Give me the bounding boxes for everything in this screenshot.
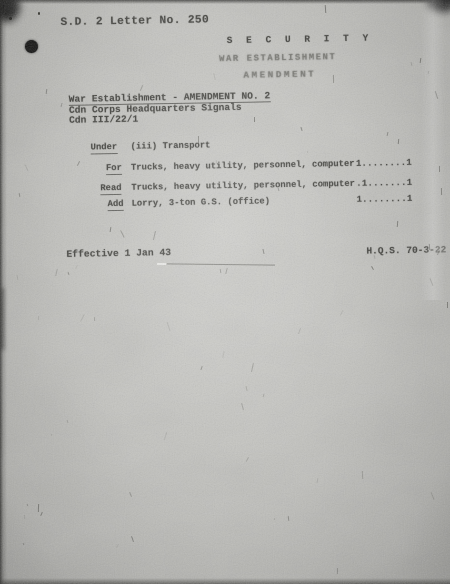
scratch-mark — [288, 516, 290, 521]
scratch-mark — [262, 249, 264, 254]
scratch-mark — [25, 164, 29, 171]
scratch-mark — [362, 471, 363, 479]
scratch-mark — [24, 515, 25, 519]
scratch-mark — [262, 394, 264, 397]
scratch-mark — [198, 136, 199, 144]
scratch-marks-layer — [0, 0, 450, 584]
scratch-mark — [316, 478, 318, 483]
scratch-mark — [387, 132, 389, 136]
scratch-mark — [38, 504, 39, 512]
scratch-mark — [274, 518, 275, 521]
scratch-mark — [278, 188, 280, 191]
scratch-mark — [371, 266, 374, 270]
scratch-mark — [68, 272, 70, 275]
scratch-mark — [431, 492, 435, 499]
scan-edge-top — [0, 0, 450, 4]
scratch-mark — [298, 328, 301, 334]
scratch-mark — [340, 310, 344, 316]
scratch-mark — [110, 227, 112, 232]
scratch-mark — [307, 151, 308, 153]
scratch-mark — [447, 302, 448, 308]
scratch-mark — [129, 492, 132, 497]
scratch-mark — [219, 269, 221, 273]
scratch-mark — [60, 103, 62, 107]
scratch-mark — [19, 192, 21, 196]
scratch-mark — [77, 161, 80, 166]
scratch-mark — [325, 5, 327, 13]
scan-edge-bottom — [0, 578, 450, 584]
scratch-mark — [153, 231, 156, 240]
scan-edge-left-dark-patch — [0, 288, 4, 350]
scratch-mark — [200, 366, 202, 370]
scratch-mark — [251, 363, 254, 372]
scratch-mark — [55, 269, 57, 276]
scratch-mark — [254, 117, 255, 122]
scratch-mark — [94, 317, 95, 321]
scratch-mark — [26, 504, 28, 507]
scratch-mark — [300, 127, 302, 131]
scratch-mark — [163, 432, 167, 440]
scanned-document-page: S.D. 2 Letter No. 250 S E C U R I T Y WA… — [0, 0, 450, 584]
scratch-mark — [332, 75, 333, 83]
scratch-mark — [167, 322, 171, 330]
scratch-mark — [116, 544, 119, 548]
scratch-mark — [225, 268, 227, 274]
scratch-mark — [397, 221, 398, 227]
scratch-mark — [374, 255, 376, 259]
scratch-mark — [131, 536, 134, 542]
scratch-mark — [398, 139, 400, 144]
scratch-mark — [213, 73, 215, 80]
scratch-mark — [121, 231, 126, 239]
scratch-mark — [337, 568, 338, 574]
scratch-mark — [140, 85, 143, 91]
scratch-mark — [216, 160, 218, 164]
scratch-mark — [411, 62, 413, 66]
scratch-mark — [45, 89, 47, 94]
scratch-mark — [246, 385, 248, 390]
scratch-mark — [80, 314, 85, 321]
scratch-mark — [40, 512, 43, 516]
scratch-mark — [223, 351, 226, 358]
scratch-mark — [67, 420, 69, 423]
scratch-mark — [22, 543, 24, 546]
scan-light-streak — [421, 0, 445, 300]
scratch-mark — [16, 275, 18, 280]
scratch-mark — [75, 265, 78, 269]
scratch-mark — [51, 434, 52, 436]
scratch-mark — [246, 457, 249, 461]
scratch-mark — [241, 403, 244, 410]
scratch-mark — [38, 316, 39, 320]
